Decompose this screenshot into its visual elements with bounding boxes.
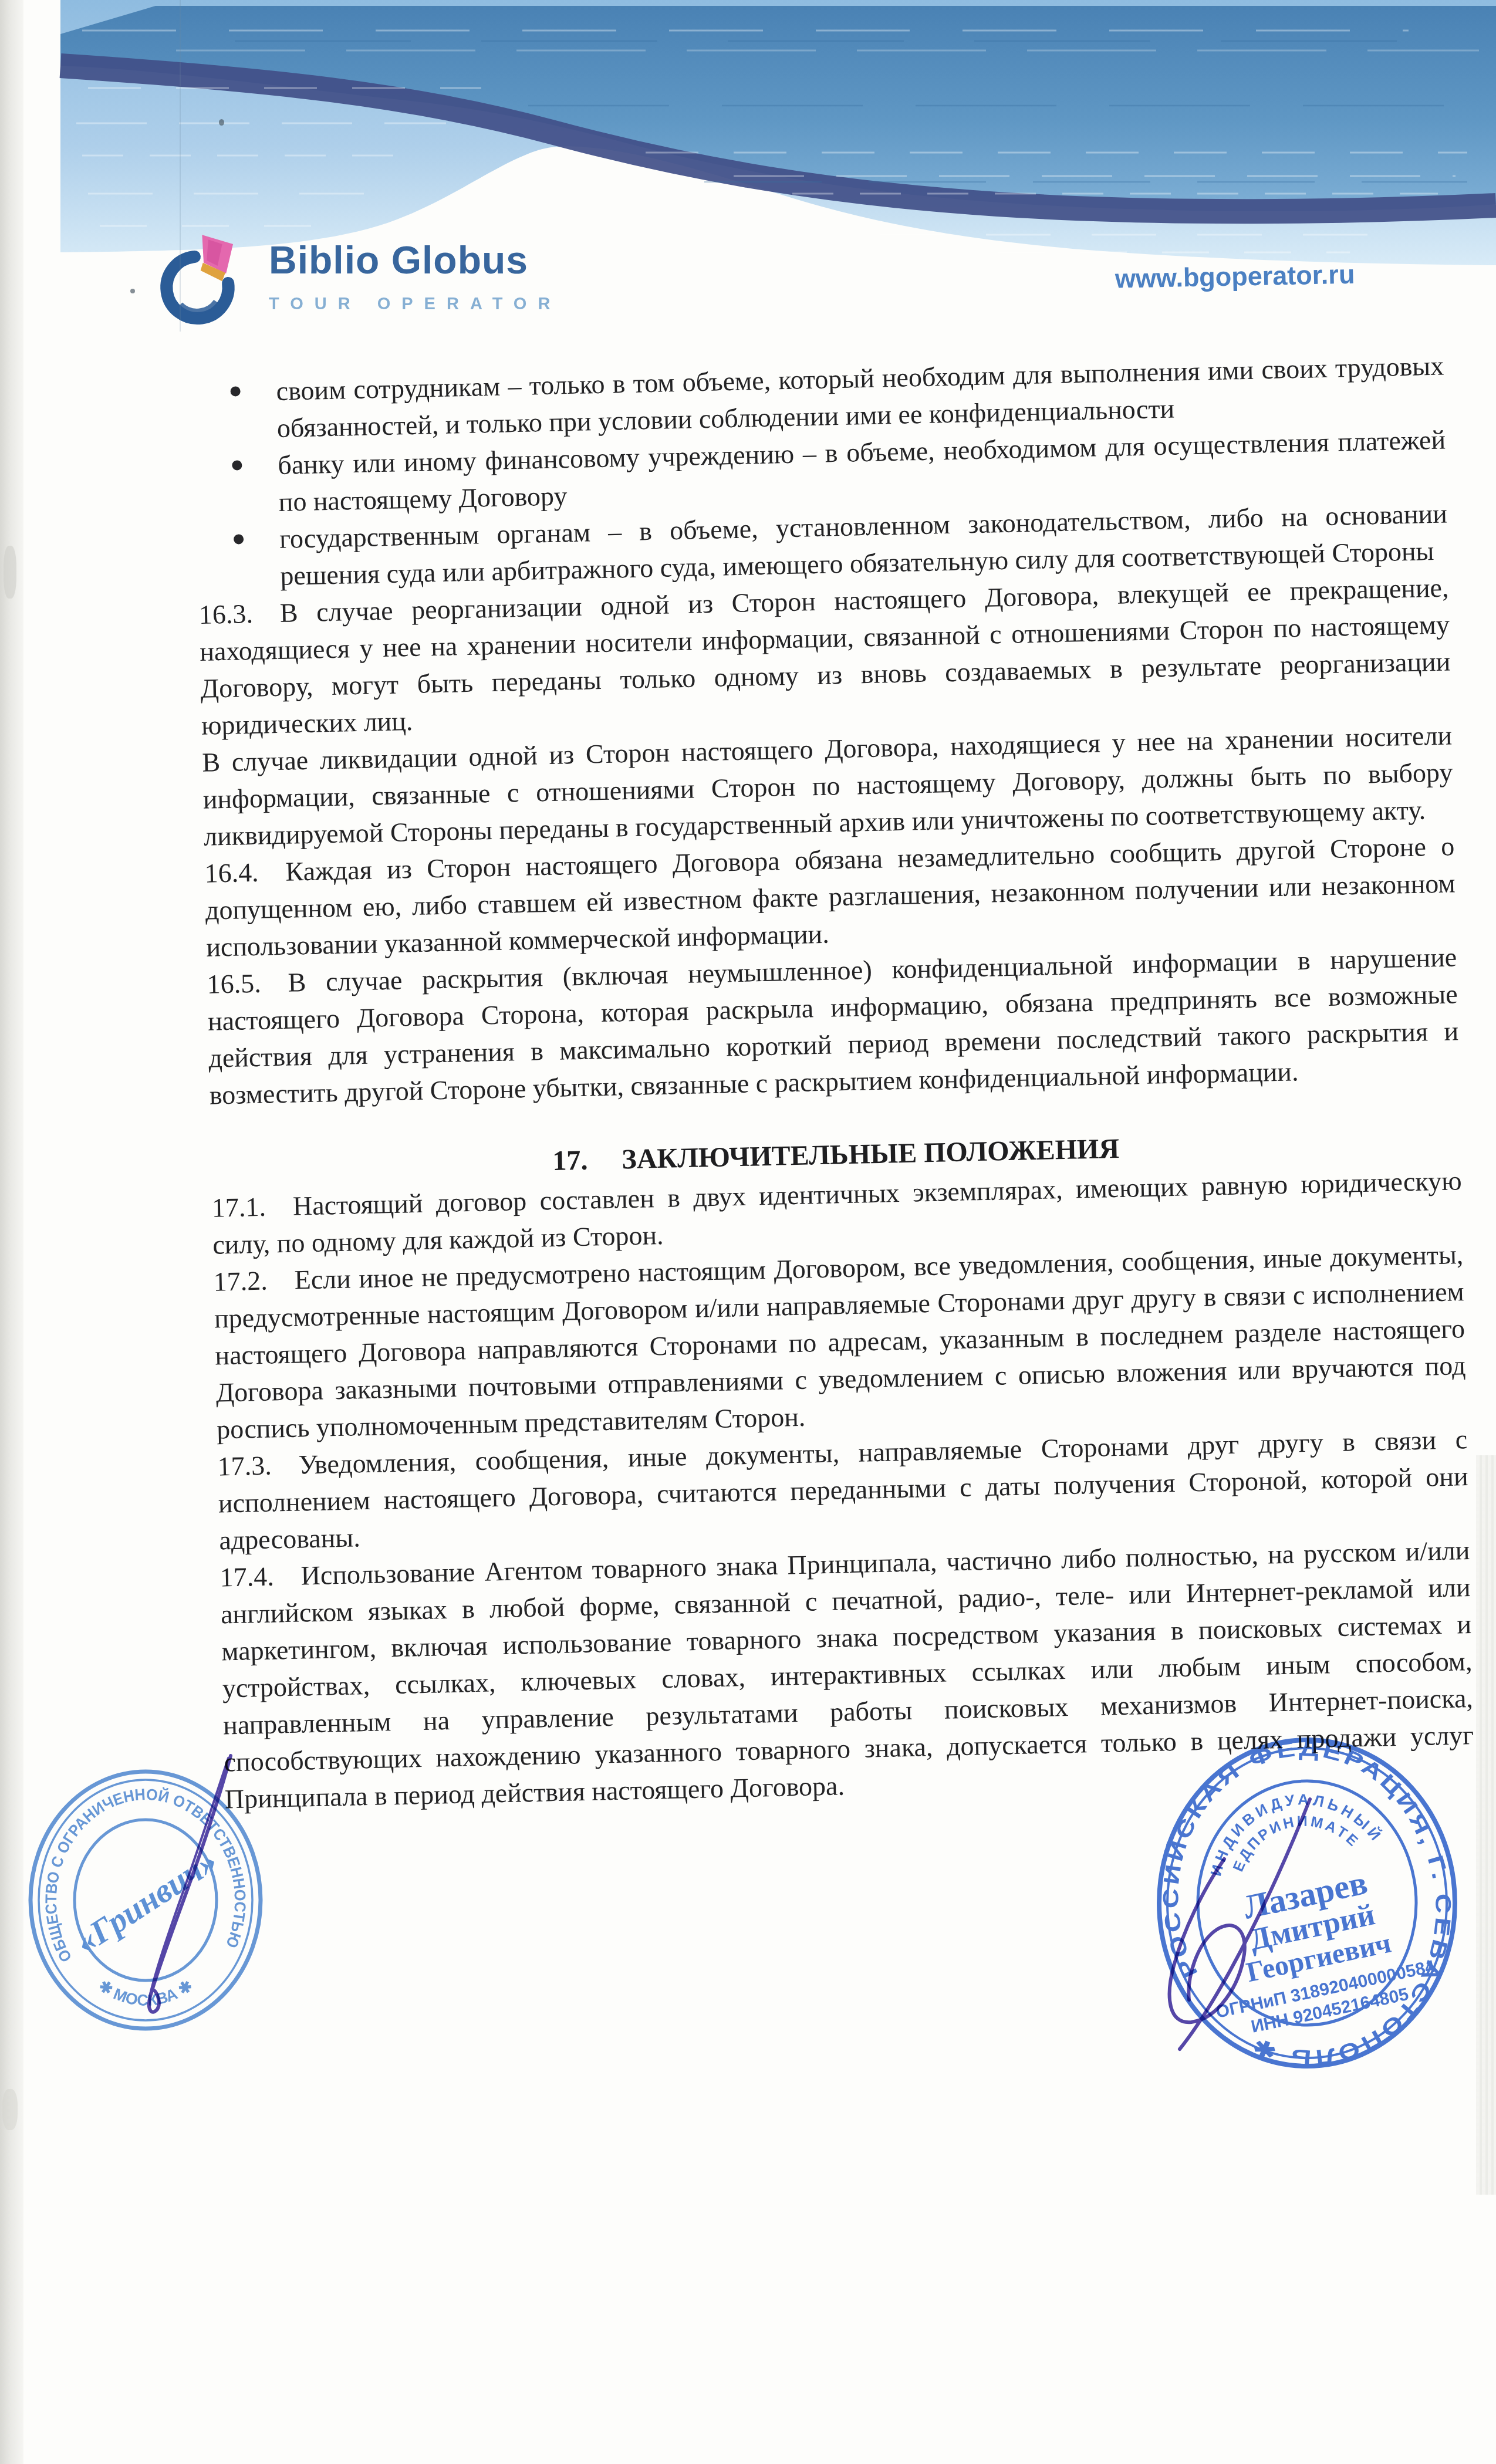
page-edge-left <box>0 0 23 2464</box>
contract-paragraph: 17.2.Если иное не предусмотрено настоящи… <box>213 1236 1467 1448</box>
paragraph-number: 16.3. <box>198 599 253 630</box>
scanned-contract-page: Biblio Globus TOUR OPERATOR www.bgoperat… <box>0 0 1496 2464</box>
paragraph-number: 16.5. <box>207 968 261 999</box>
paragraph-text: В случае реорганизации одной из Сторон н… <box>200 572 1451 740</box>
paragraph-text: В случае раскрытия (включая неумышленное… <box>207 942 1458 1110</box>
brand-block: Biblio Globus TOUR OPERATOR <box>157 230 561 336</box>
section-number: 17. <box>552 1145 588 1177</box>
paragraph-number: 17.3. <box>217 1451 272 1482</box>
contract-body: своим сотрудникам – только в том объеме,… <box>194 347 1475 1818</box>
brand-title: Biblio Globus <box>269 241 561 279</box>
bullet-list: своим сотрудникам – только в том объеме,… <box>194 347 1448 596</box>
scan-speck <box>130 289 135 293</box>
scan-speck <box>219 119 224 126</box>
paragraph-number: 16.4. <box>204 857 259 888</box>
brand-subtitle: TOUR OPERATOR <box>269 295 561 314</box>
section-title: ЗАКЛЮЧИТЕЛЬНЫЕ ПОЛОЖЕНИЯ <box>622 1133 1120 1175</box>
page-edge-right <box>1476 1455 1496 2195</box>
company-stamp-grinvich: ОБЩЕСТВО С ОГРАНИЧЕННОЙ ОТВЕТСТВЕННОСТЬЮ… <box>22 1765 269 2035</box>
contract-paragraph: 16.5.В случае раскрытия (включая неумышл… <box>207 938 1460 1113</box>
scan-fold-line <box>180 0 181 332</box>
paragraph-number: 17.2. <box>213 1266 268 1297</box>
entrepreneur-stamp: РОССИЙСКАЯ ФЕДЕРАЦИЯ, Г. СЕВАСТОПОЛЬ ✱ И… <box>1151 1730 1463 2070</box>
stamp-left-company-name: «Гринвич» <box>69 1841 224 1961</box>
paragraph-number: 17.1. <box>211 1192 266 1223</box>
paragraph-text: Если иное не предусмотрено настоящим Дог… <box>214 1239 1466 1444</box>
paragraph-number: 17.4. <box>219 1561 274 1593</box>
website-url: www.bgoperator.ru <box>1115 259 1333 294</box>
biblio-globus-logo-icon <box>157 230 250 331</box>
contract-paragraph: 16.3.В случае реорганизации одной из Сто… <box>198 569 1451 743</box>
